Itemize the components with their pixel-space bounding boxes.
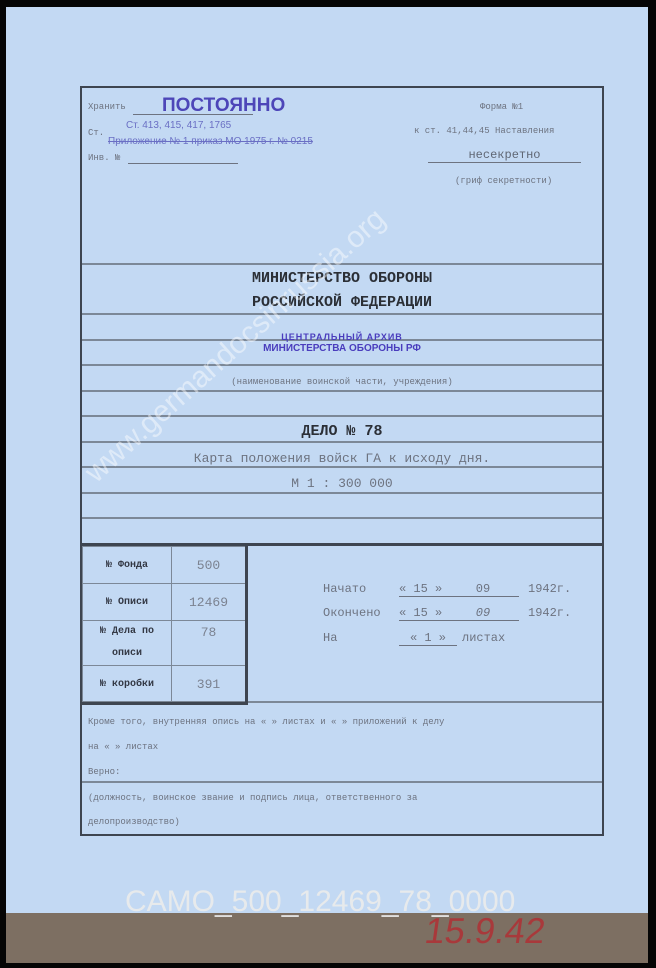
box-label: № коробки <box>83 666 172 704</box>
started-year: 1942г. <box>528 582 571 596</box>
inv-underline <box>128 163 238 164</box>
opis-value: 12469 <box>172 584 247 621</box>
table-row: № Фонда 500 <box>83 547 247 584</box>
rule-line <box>82 492 602 494</box>
rule-line <box>82 313 602 315</box>
form-label: Форма №1 <box>480 102 523 112</box>
unit-caption: (наименование воинской части, учреждения… <box>82 377 602 387</box>
box-value: 391 <box>172 666 247 704</box>
fond-label: № Фонда <box>83 547 172 584</box>
started-month: 09 <box>447 582 519 597</box>
image-id-label: CAMO_500_12469_78_0000 <box>125 885 515 919</box>
rule-line <box>82 466 602 468</box>
archive-stamp-line2: МИНИСТЕРСТВА ОБОРОНЫ РФ <box>82 343 602 354</box>
rule-line <box>82 517 602 519</box>
inv-label: Инв. № <box>88 153 120 163</box>
archive-info-table: № Фонда 500 № Описи 12469 № Дела по опис… <box>82 546 248 705</box>
ministry-line2: РОССИЙСКОЙ ФЕДЕРАЦИИ <box>82 294 602 311</box>
sheets-unit: листах <box>462 631 505 645</box>
sheets-label: На <box>323 631 337 645</box>
verified-label: Верно: <box>88 767 120 777</box>
ended-year: 1942г. <box>528 606 571 620</box>
article-label: Ст. <box>88 128 104 138</box>
rule-line <box>82 781 602 783</box>
position-caption-line1: (должность, воинское звание и подпись ли… <box>88 793 417 803</box>
delo-value: 78 <box>172 621 247 666</box>
opis-label: № Описи <box>83 584 172 621</box>
started-day: « 15 » <box>399 582 447 597</box>
case-description: Карта положения войск ГА к исходу дня. <box>82 451 602 466</box>
keep-value-stamp: ПОСТОЯННО <box>162 95 285 117</box>
rule-line <box>82 364 602 366</box>
inventory-note-line1: Кроме того, внутренняя опись на « » лист… <box>88 717 444 727</box>
ended-month: 09 <box>447 606 519 621</box>
archive-stamp-line1: ЦЕНТРАЛЬНЫЙ АРХИВ <box>82 332 602 342</box>
ended-label: Окончено <box>323 606 381 620</box>
rule-line <box>82 441 602 443</box>
background-strip <box>6 913 648 963</box>
secrecy-value: несекретно <box>428 148 581 163</box>
secrecy-caption: (гриф секретности) <box>455 176 552 186</box>
sheets-value: « 1 » <box>399 631 457 646</box>
position-caption-line2: делопроизводство) <box>88 817 180 827</box>
fond-value: 500 <box>172 547 247 584</box>
article-value: Ст. 413, 415, 417, 1765 <box>126 120 231 131</box>
inventory-note-line2: на « » листах <box>88 742 158 752</box>
delo-label: № Дела по описи <box>83 621 172 666</box>
table-row: № Описи 12469 <box>83 584 247 621</box>
table-row: № коробки 391 <box>83 666 247 704</box>
keep-label: Хранить <box>88 102 126 112</box>
started-label: Начато <box>323 582 366 596</box>
regulation-ref: к ст. 41,44,45 Наставления <box>414 126 554 136</box>
table-row: № Дела по описи 78 <box>83 621 247 666</box>
case-scale: М 1 : 300 000 <box>82 476 602 491</box>
ended-day: « 15 » <box>399 606 447 621</box>
article-struck-value: Приложение № 1 приказ МО 1975 г. № 0215 <box>108 136 313 147</box>
